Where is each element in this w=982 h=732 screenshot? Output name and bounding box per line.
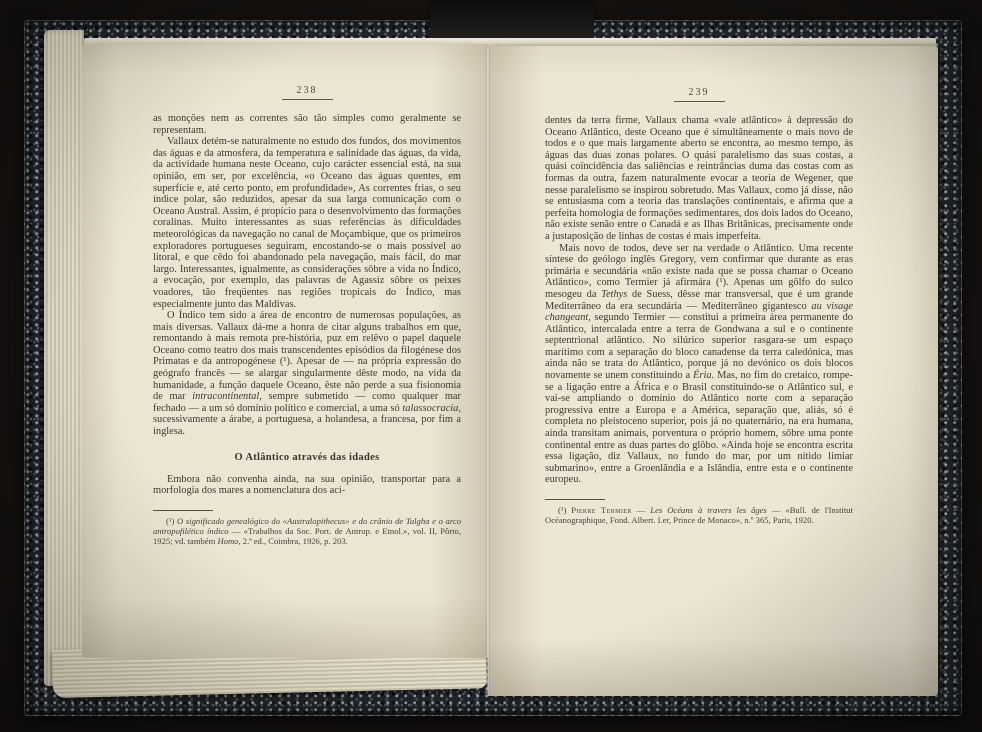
- paragraph: Mais novo de todos, deve ser na verdade …: [545, 243, 853, 486]
- left-page-number-row: 238: [153, 80, 461, 100]
- footnote-block-right: (¹) Pierre Termier — Les Océans à traver…: [545, 499, 853, 526]
- paragraph: dentes da terra firme, Vallaux chama «va…: [545, 115, 853, 243]
- left-page: 238 as monções nem as correntes são tão …: [82, 44, 488, 658]
- paragraph: O Índico tem sido a área de encontro de …: [153, 310, 461, 438]
- right-page: 239 dentes da terra firme, Vallaux chama…: [488, 46, 938, 696]
- paragraph: as monções nem as correntes são tão simp…: [153, 113, 461, 136]
- left-page-content: 238 as monções nem as correntes são tão …: [153, 80, 461, 547]
- footnote-right: (¹) Pierre Termier — Les Océans à traver…: [545, 505, 853, 526]
- section-heading: O Atlântico através das idades: [153, 452, 461, 463]
- footnote-block-left: (¹) O significado genealógico do «Austra…: [153, 510, 461, 547]
- footnote-rule: [545, 499, 605, 500]
- page-gutter: [486, 48, 490, 694]
- book-photo: 238 as monções nem as correntes são tão …: [0, 0, 982, 732]
- page-edges-left: [44, 30, 84, 686]
- paragraph: Embora não convenha ainda, na sua opiniã…: [153, 474, 461, 497]
- footnote-rule: [153, 510, 213, 511]
- right-page-content: 239 dentes da terra firme, Vallaux chama…: [545, 82, 853, 526]
- right-page-number: 239: [674, 87, 725, 102]
- right-page-number-row: 239: [545, 82, 853, 102]
- left-page-number: 238: [282, 85, 333, 100]
- footnote-left: (¹) O significado genealógico do «Austra…: [153, 516, 461, 547]
- paragraph: Vallaux detém-se naturalmente no estudo …: [153, 136, 461, 310]
